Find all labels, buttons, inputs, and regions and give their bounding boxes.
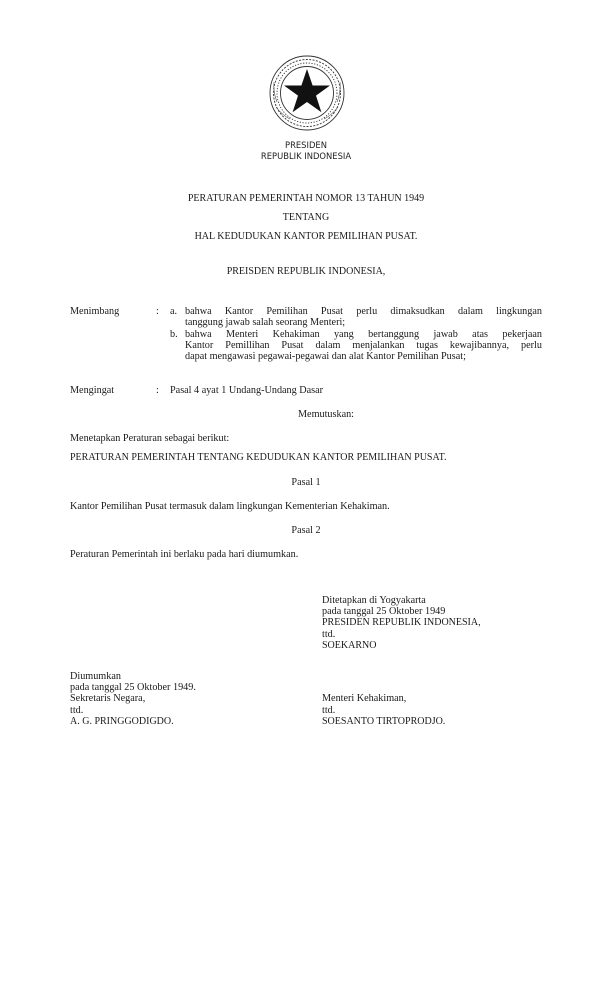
minister-name: SOESANTO TIRTOPRODJO. xyxy=(322,716,445,727)
menimbang-item-b-line-1: bahwa Menteri Kehakiman yang bertanggung… xyxy=(185,329,542,340)
pasal-1-heading: Pasal 1 xyxy=(0,477,612,488)
pasal-2-text: Peraturan Pemerintah ini berlaku pada ha… xyxy=(70,549,298,560)
menetapkan-text: Menetapkan Peraturan sebagai berikut: xyxy=(70,433,229,444)
memutuskan-heading: Memutuskan: xyxy=(20,409,612,420)
announcement-date: pada tanggal 25 Oktober 1949. xyxy=(70,682,196,693)
signature-place: Ditetapkan di Yogyakarta xyxy=(322,595,426,606)
announcement-label: Diumumkan xyxy=(70,671,121,682)
minister-ttd: ttd. xyxy=(322,705,335,716)
menimbang-item-a-line-1: bahwa Kantor Pemilihan Pusat perlu dimak… xyxy=(185,306,542,317)
signature-title: PRESIDEN REPUBLIK INDONESIA, xyxy=(322,617,481,628)
document-title-line-1: PERATURAN PEMERINTAH NOMOR 13 TAHUN 1949 xyxy=(0,193,612,204)
document-title-line-2: TENTANG xyxy=(0,212,612,223)
garuda-star-emblem-icon xyxy=(268,52,346,134)
menimbang-item-b-marker: b. xyxy=(170,329,178,340)
mengingat-label: Mengingat xyxy=(70,385,114,396)
menimbang-item-a-line-2: tanggung jawab salah seorang Menteri; xyxy=(185,317,542,328)
emblem-caption-republik: REPUBLIK INDONESIA xyxy=(0,151,612,161)
signature-date: pada tanggal 25 Oktober 1949 xyxy=(322,606,445,617)
signature-name: SOEKARNO xyxy=(322,640,376,651)
menimbang-label: Menimbang xyxy=(70,306,119,317)
announcement-ttd: ttd. xyxy=(70,705,83,716)
mengingat-text: Pasal 4 ayat 1 Undang-Undang Dasar xyxy=(170,385,323,396)
menimbang-item-a-marker: a. xyxy=(170,306,177,317)
document-title-line-3: HAL KEDUDUKAN KANTOR PEMILIHAN PUSAT. xyxy=(0,231,612,242)
pasal-1-text: Kantor Pemilihan Pusat termasuk dalam li… xyxy=(70,501,390,512)
emblem-caption-presiden: PRESIDEN xyxy=(0,140,612,150)
announcement-office: Sekretaris Negara, xyxy=(70,693,145,704)
minister-office: Menteri Kehakiman, xyxy=(322,693,406,704)
signature-ttd: ttd. xyxy=(322,629,335,640)
announcement-name: A. G. PRINGGODIGDO. xyxy=(70,716,174,727)
pasal-2-heading: Pasal 2 xyxy=(0,525,612,536)
issuer-heading: PREISDEN REPUBLIK INDONESIA, xyxy=(0,266,612,277)
regulation-title: PERATURAN PEMERINTAH TENTANG KEDUDUKAN K… xyxy=(70,452,446,463)
menimbang-item-b-line-2: Kantor Pemillihan Pusat dalam menjalanka… xyxy=(185,340,542,351)
mengingat-colon: : xyxy=(156,385,159,396)
menimbang-item-b-line-3: dapat mengawasi pegawai-pegawai dan alat… xyxy=(185,351,542,362)
menimbang-colon: : xyxy=(156,306,159,317)
